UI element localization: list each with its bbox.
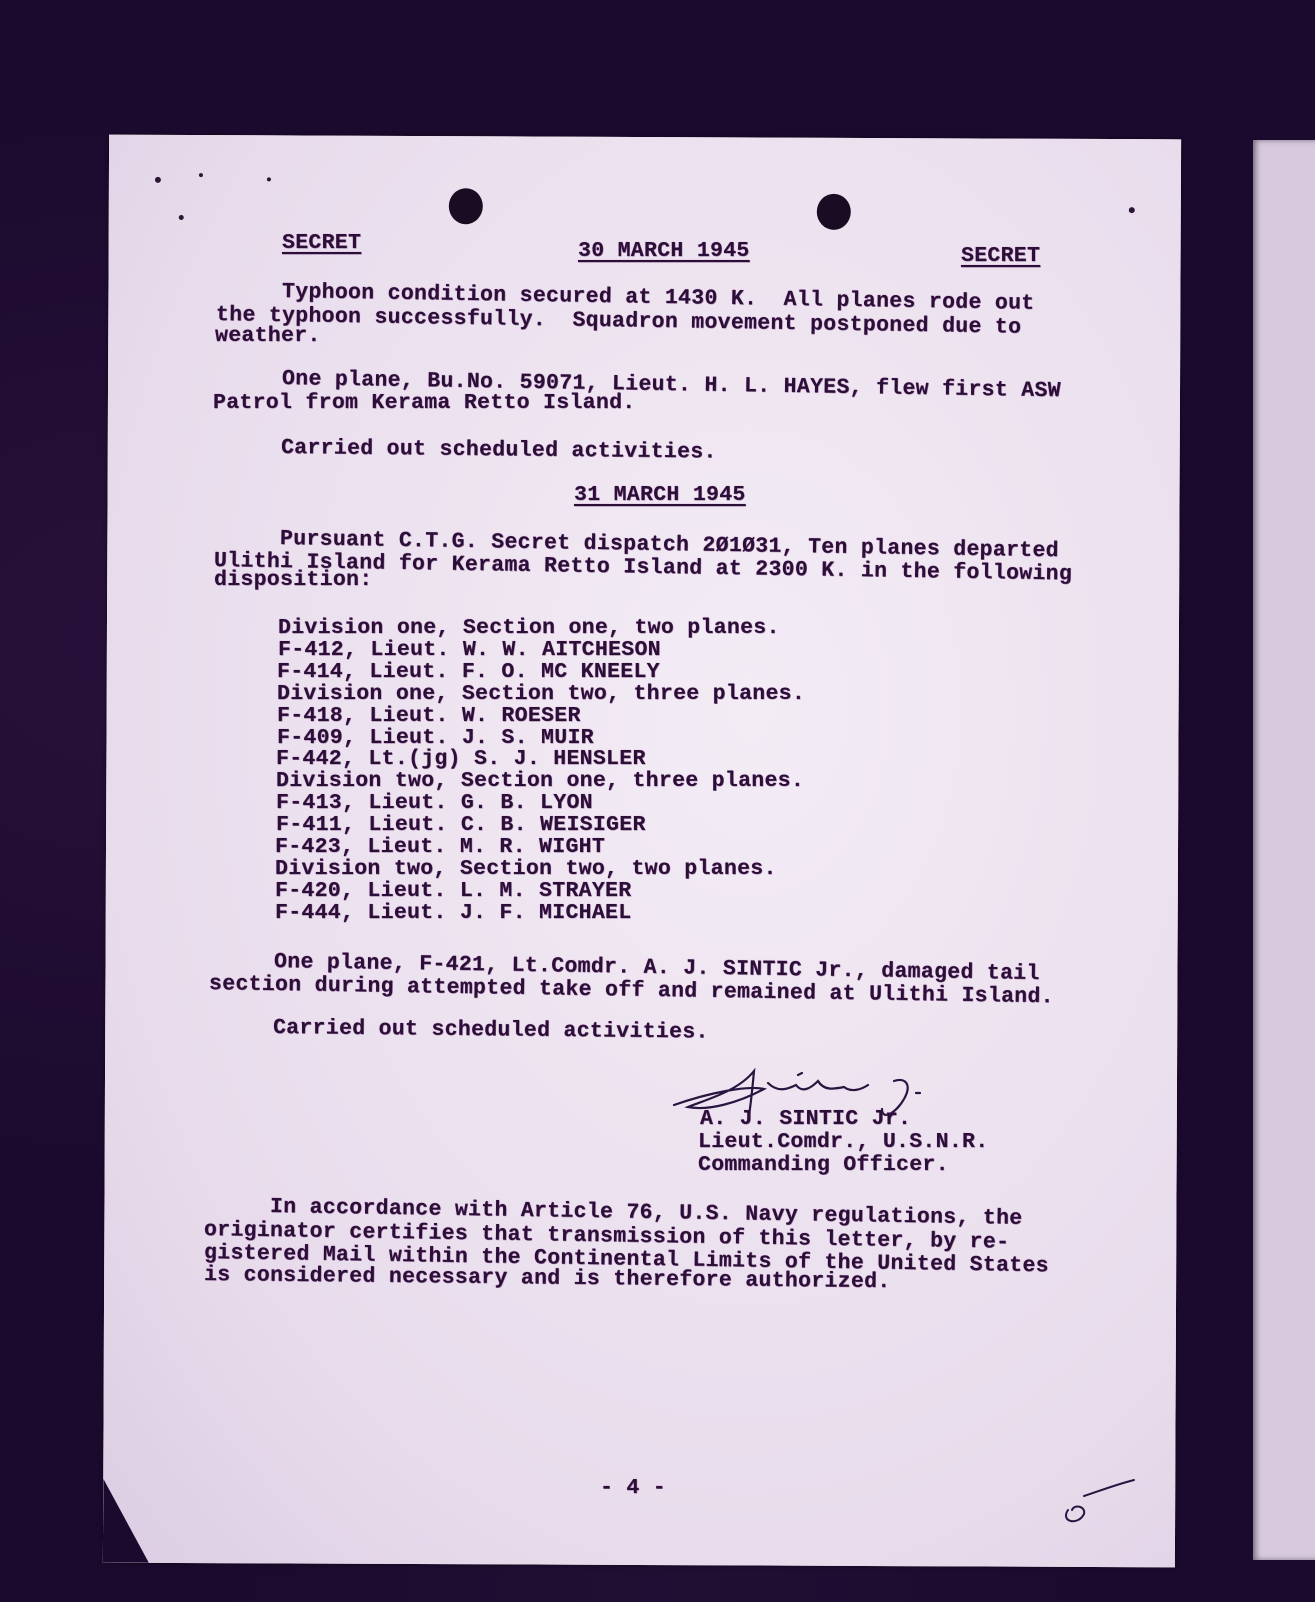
classification-left: SECRET [282, 232, 361, 254]
signatory-name: A. J. SINTIC Jr. [700, 1108, 911, 1130]
punch-hole-right [817, 194, 851, 230]
folded-corner [103, 1479, 149, 1563]
page-number: - 4 - [600, 1477, 666, 1499]
plane-assignment: F-412, Lieut. W. W. AITCHESON [278, 639, 661, 661]
paragraph-line: Carried out scheduled activities. [273, 1017, 709, 1044]
plane-assignment: F-411, Lieut. C. B. WEISIGER [276, 814, 646, 836]
division-heading: Division one, Section two, three planes. [277, 683, 805, 705]
classification-right: SECRET [961, 245, 1040, 267]
document-page [103, 135, 1181, 1568]
date-heading-30-march: 30 MARCH 1945 [578, 240, 750, 262]
handwritten-page-mark [1058, 1470, 1138, 1530]
plane-assignment: F-423, Lieut. M. R. WIGHT [275, 836, 605, 858]
speck [155, 177, 161, 183]
plane-assignment: F-413, Lieut. G. B. LYON [276, 792, 593, 814]
signatory-title: Commanding Officer. [698, 1154, 949, 1176]
speck [179, 215, 184, 220]
punch-hole-left [449, 188, 483, 224]
plane-assignment: F-444, Lieut. J. F. MICHAEL [275, 902, 631, 924]
speck [199, 173, 203, 177]
adjacent-page-edge [1253, 140, 1315, 1560]
plane-assignment: F-409, Lieut. J. S. MUIR [277, 727, 594, 749]
speck [267, 177, 271, 181]
speck [1129, 207, 1135, 213]
division-heading: Division two, Section one, three planes. [276, 770, 804, 792]
paragraph-line: Patrol from Kerama Retto Island. [213, 392, 635, 414]
paragraph-line: disposition: [214, 569, 372, 591]
division-heading: Division one, Section one, two planes. [278, 617, 780, 639]
date-heading-31-march: 31 MARCH 1945 [574, 484, 746, 506]
plane-assignment: F-414, Lieut. F. O. MC KNEELY [277, 661, 660, 683]
plane-assignment: F-420, Lieut. L. M. STRAYER [275, 880, 631, 902]
plane-assignment: F-418, Lieut. W. ROESER [277, 705, 581, 727]
plane-assignment: F-442, Lt.(jg) S. J. HENSLER [276, 748, 646, 770]
division-heading: Division two, Section two, two planes. [275, 858, 777, 880]
paragraph-line: Carried out scheduled activities. [281, 437, 717, 464]
signatory-rank: Lieut.Comdr., U.S.N.R. [698, 1131, 988, 1153]
paragraph-line: weather. [215, 325, 321, 347]
